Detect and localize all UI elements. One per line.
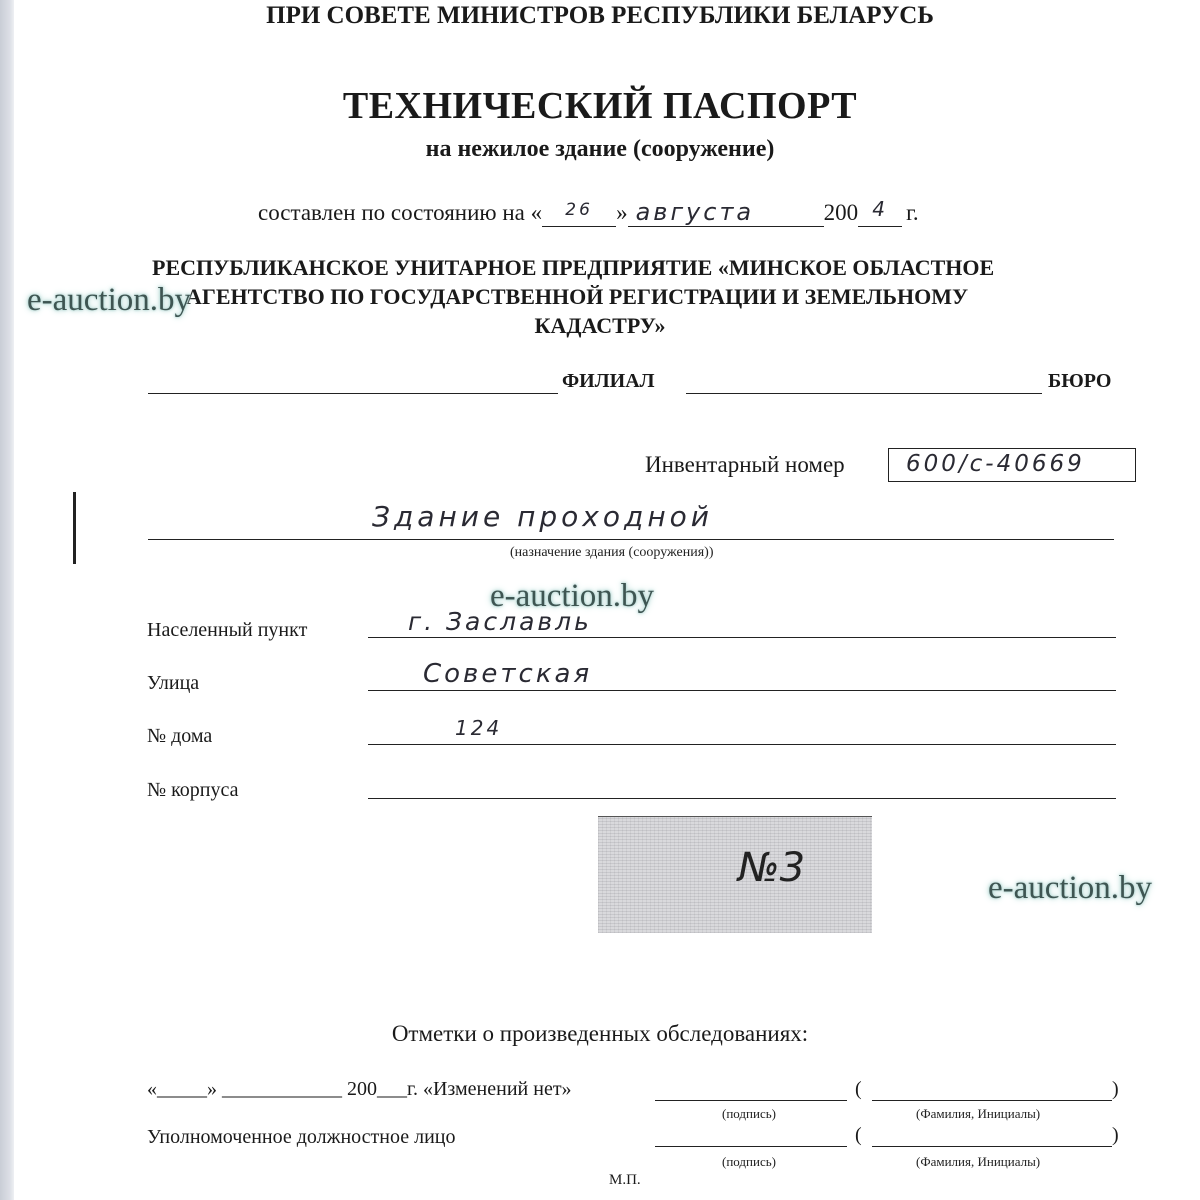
authority-line: ПРИ СОВЕТЕ МИНИСТРОВ РЕСПУБЛИКИ БЕЛАРУСЬ [0,2,1200,30]
filial-field[interactable] [148,393,558,394]
date-day-field[interactable]: 26 [542,200,616,227]
survey-date-field[interactable]: «_____» ____________ 200___г. «Изменений… [147,1078,572,1101]
date-month-field[interactable]: августа [628,198,824,227]
paren-close-2: ) [1112,1124,1119,1147]
paren-open-2: ( [855,1124,862,1147]
date-quote: » [616,200,628,225]
survey-date-template: «_____» ____________ 200___г. [147,1078,418,1100]
date-year-field[interactable]: 4 [858,200,902,227]
scan-edge [0,0,14,1200]
date-year-prefix: 200 [824,200,859,225]
street-field[interactable] [368,690,1116,691]
locality-label: Населенный пункт [147,619,307,642]
date-month: августа [636,198,755,226]
watermark: e-auction.by [988,870,1152,907]
watermark: e-auction.by [490,578,654,615]
date-line: составлен по состоянию на «26»августа200… [258,198,919,227]
org-line-1: РЕСПУБЛИКАНСКОЕ УНИТАРНОЕ ПРЕДПРИЯТИЕ «М… [152,255,994,281]
watermark: e-auction.by [27,282,191,319]
document-title: ТЕХНИЧЕСКИЙ ПАСПОРТ [0,84,1200,128]
house-field[interactable] [368,744,1116,745]
purpose-caption: (назначение здания (сооружения)) [510,545,714,561]
building-number-field[interactable] [368,798,1116,799]
bureau-field[interactable] [686,393,1042,394]
name-field-2[interactable] [872,1146,1112,1147]
stamp-patch: №3 [598,816,872,933]
date-day: 26 [565,200,593,220]
signature-caption-2: (подпись) [722,1154,776,1170]
name-field-1[interactable] [872,1100,1112,1101]
street-label: Улица [147,672,199,695]
inventory-number: 600/с-40669 [906,451,1085,477]
surveys-heading: Отметки о произведенных обследованиях: [0,1021,1200,1047]
inventory-label: Инвентарный номер [645,452,845,478]
date-year-digit: 4 [872,197,888,221]
name-caption-1: (Фамилия, Инициалы) [916,1106,1040,1122]
paren-open-1: ( [855,1078,862,1101]
filial-label: ФИЛИАЛ [562,370,655,393]
no-changes-label: «Изменений нет» [423,1078,572,1100]
house-label: № дома [147,725,212,748]
document-subtitle: на нежилое здание (сооружение) [0,136,1200,163]
seal-label: М.П. [609,1172,641,1189]
signature-caption-1: (подпись) [722,1106,776,1122]
bureau-label: БЮРО [1048,370,1111,393]
purpose-field[interactable] [148,539,1114,540]
stamp-mark: №3 [738,845,805,891]
org-line-2: АГЕНТСТВО ПО ГОСУДАРСТВЕННОЙ РЕГИСТРАЦИИ… [186,284,968,310]
paren-close-1: ) [1112,1078,1119,1101]
house-value: 124 [455,716,502,740]
building-number-label: № корпуса [147,779,238,802]
date-suffix: г. [902,200,919,225]
official-label: Уполномоченное должностное лицо [147,1126,456,1149]
name-caption-2: (Фамилия, Инициалы) [916,1154,1040,1170]
street-value: Советская [423,659,592,689]
building-purpose: Здание проходной [372,500,713,533]
signature-field-2[interactable] [655,1146,847,1147]
locality-field[interactable] [368,637,1116,638]
date-prefix: составлен по состоянию на « [258,200,542,225]
signature-field-1[interactable] [655,1100,847,1101]
margin-mark [73,492,76,564]
